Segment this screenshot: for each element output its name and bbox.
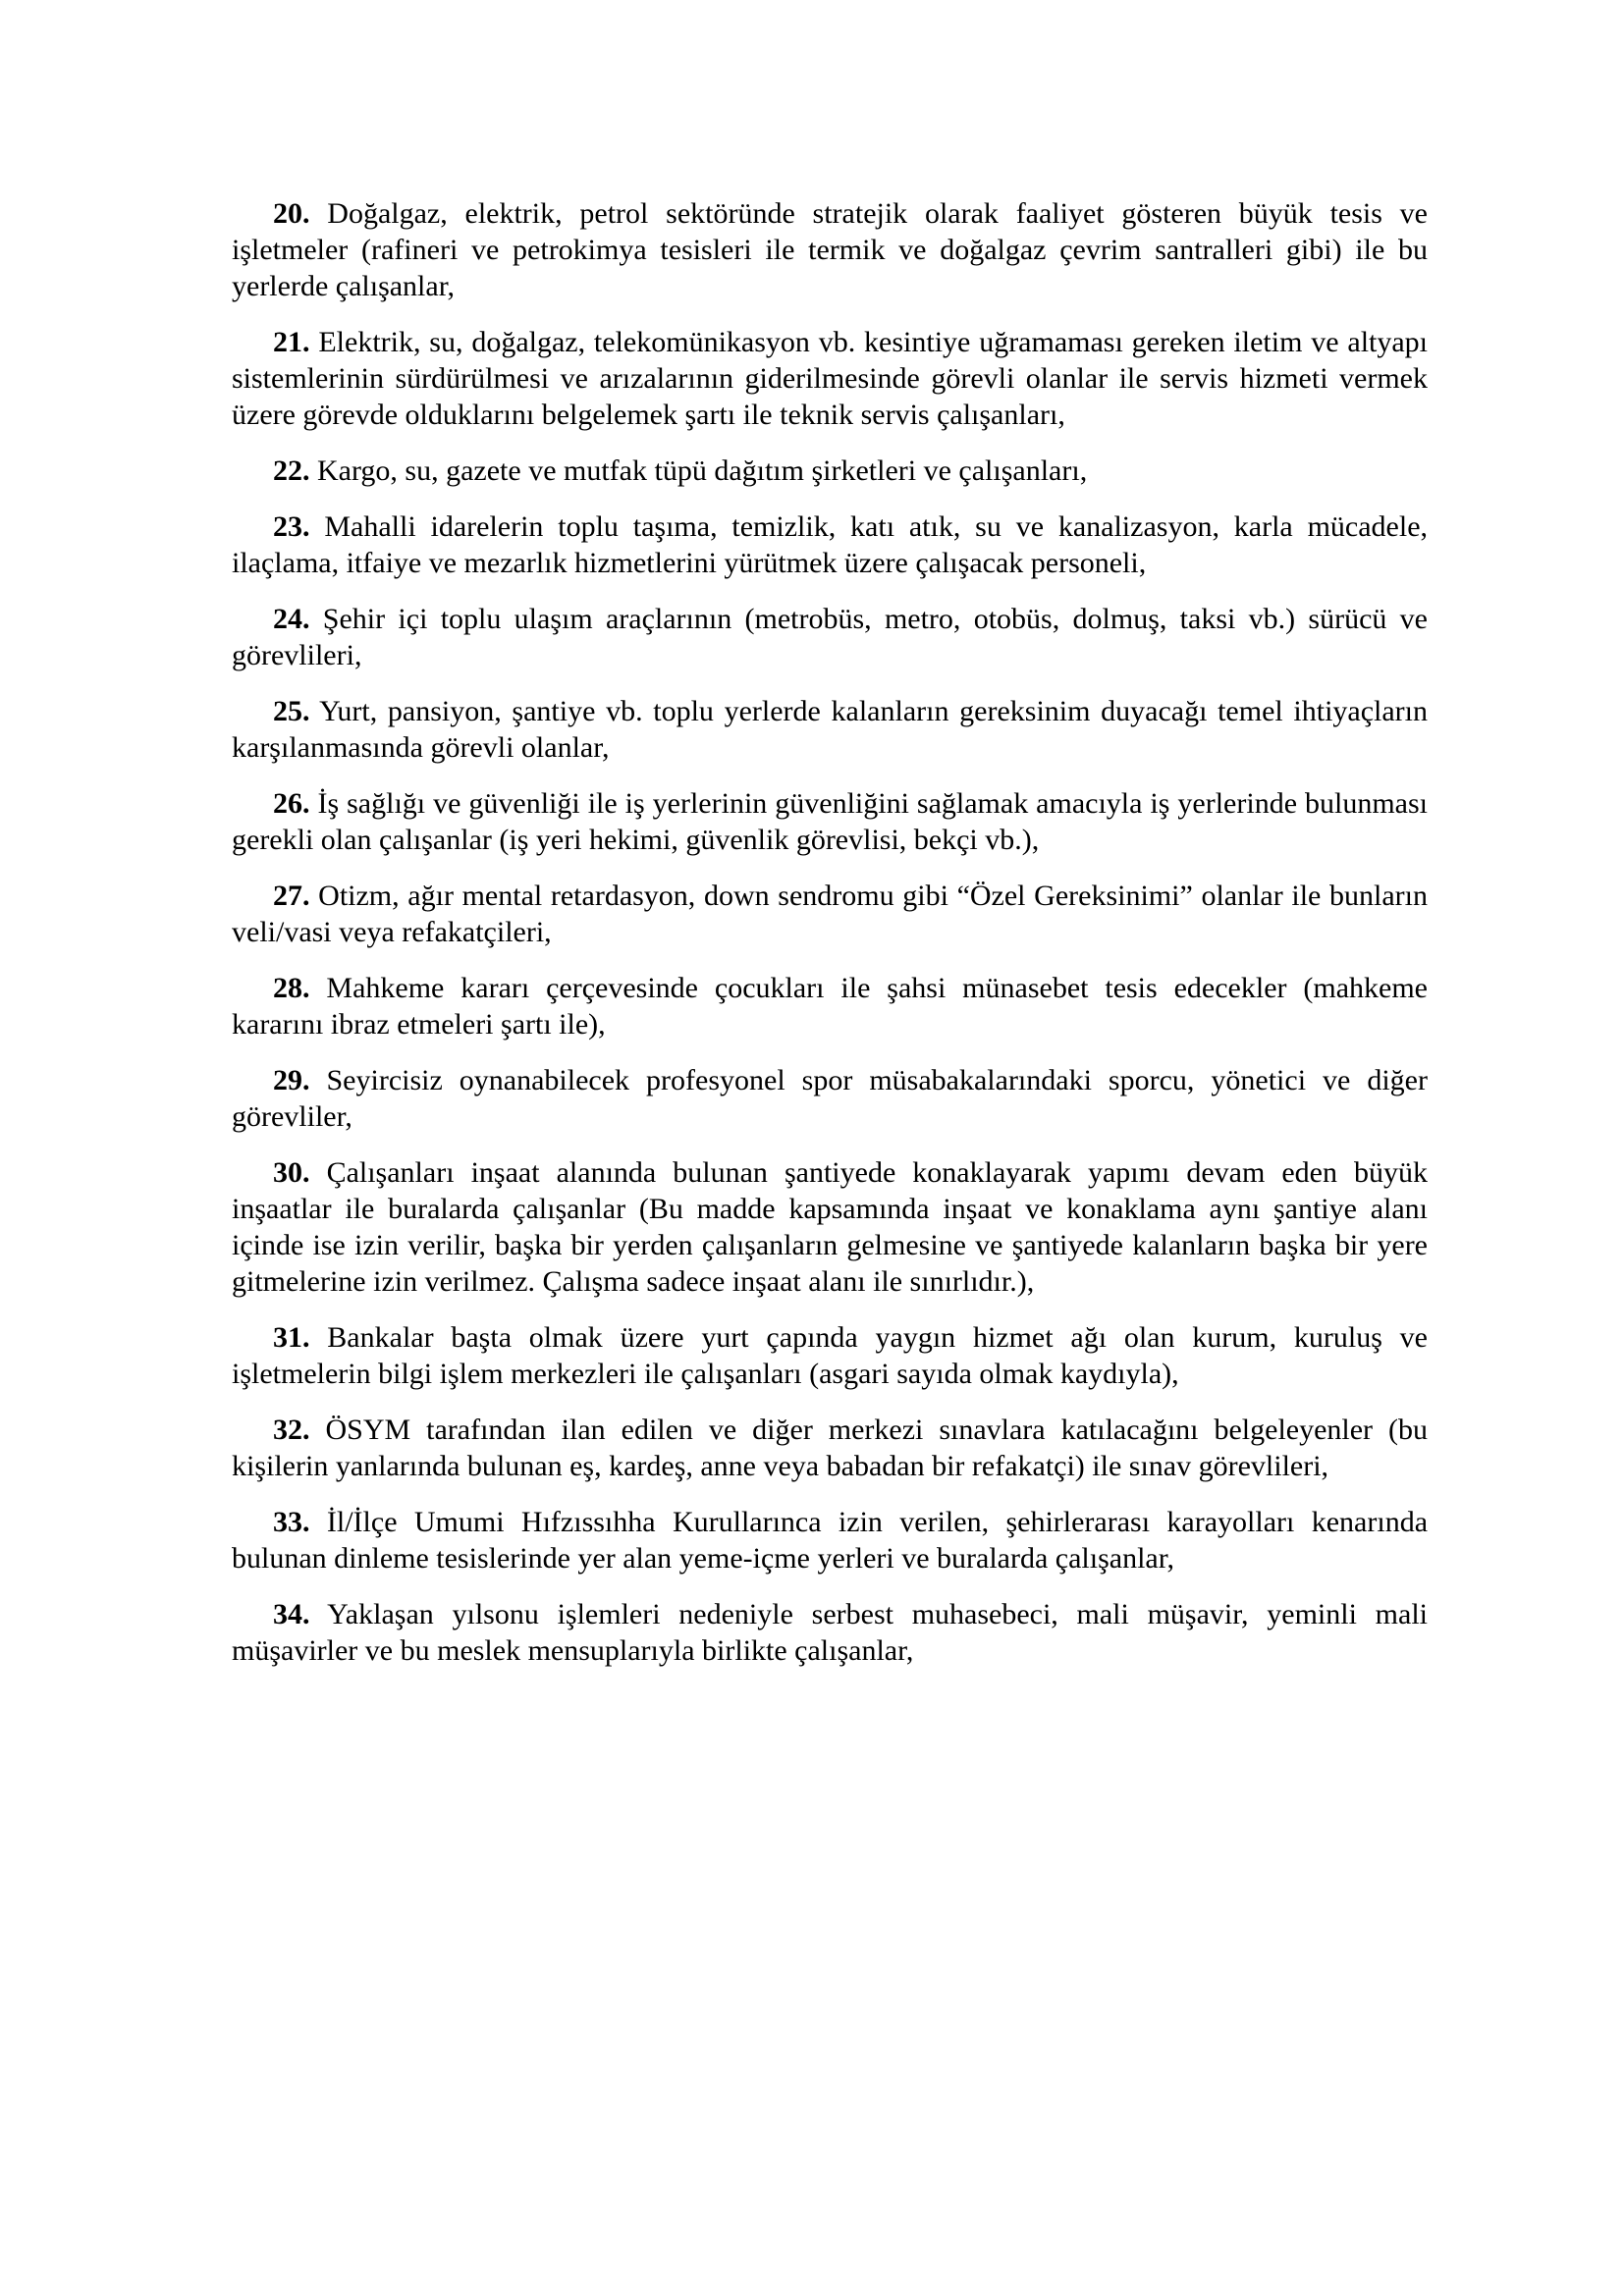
list-item-33: 33. İl/İlçe Umumi Hıfzıssıhha Kurulların… (232, 1504, 1428, 1576)
list-item-25: 25. Yurt, pansiyon, şantiye vb. toplu ye… (232, 693, 1428, 766)
item-text: ÖSYM tarafından ilan edilen ve diğer mer… (232, 1414, 1428, 1482)
item-number: 30. (273, 1156, 310, 1189)
list-item-27: 27. Otizm, ağır mental retardasyon, down… (232, 878, 1428, 950)
item-number: 27. (273, 880, 310, 912)
item-number: 31. (273, 1321, 310, 1354)
item-text: Mahkeme kararı çerçevesinde çocukları il… (232, 972, 1428, 1041)
list-item-30: 30. Çalışanları inşaat alanında bulunan … (232, 1154, 1428, 1300)
item-number: 21. (273, 326, 310, 358)
item-text: Mahalli idarelerin toplu taşıma, temizli… (232, 510, 1428, 579)
item-number: 28. (273, 972, 310, 1004)
item-text: Yaklaşan yılsonu işlemleri nedeniyle ser… (232, 1598, 1428, 1667)
item-number: 34. (273, 1598, 310, 1630)
item-text: Çalışanları inşaat alanında bulunan şant… (232, 1156, 1428, 1298)
item-number: 23. (273, 510, 310, 543)
item-number: 24. (273, 603, 310, 635)
item-text: İl/İlçe Umumi Hıfzıssıhha Kurullarınca i… (232, 1506, 1428, 1575)
item-text: Doğalgaz, elektrik, petrol sektöründe st… (232, 197, 1428, 302)
list-item-29: 29. Seyircisiz oynanabilecek profesyonel… (232, 1062, 1428, 1135)
item-number: 29. (273, 1064, 310, 1096)
item-text: Kargo, su, gazete ve mutfak tüpü dağıtım… (317, 454, 1087, 487)
list-item-26: 26. İş sağlığı ve güvenliği ile iş yerle… (232, 785, 1428, 858)
item-text: Elektrik, su, doğalgaz, telekomünikasyon… (232, 326, 1428, 431)
item-text: Yurt, pansiyon, şantiye vb. toplu yerler… (232, 695, 1428, 764)
list-item-24: 24. Şehir içi toplu ulaşım araçlarının (… (232, 601, 1428, 673)
list-item-34: 34. Yaklaşan yılsonu işlemleri nedeniyle… (232, 1596, 1428, 1669)
list-item-20: 20. Doğalgaz, elektrik, petrol sektöründ… (232, 195, 1428, 304)
item-text: İş sağlığı ve güvenliği ile iş yerlerini… (232, 787, 1428, 856)
item-text: Seyircisiz oynanabilecek profesyonel spo… (232, 1064, 1428, 1133)
item-number: 25. (273, 695, 310, 727)
item-number: 26. (273, 787, 310, 820)
item-text: Şehir içi toplu ulaşım araçlarının (metr… (232, 603, 1428, 671)
item-number: 22. (273, 454, 310, 487)
item-number: 32. (273, 1414, 310, 1446)
list-item-31: 31. Bankalar başta olmak üzere yurt çapı… (232, 1319, 1428, 1392)
list-item-28: 28. Mahkeme kararı çerçevesinde çocuklar… (232, 970, 1428, 1042)
list-item-22: 22. Kargo, su, gazete ve mutfak tüpü dağ… (232, 453, 1428, 489)
list-item-32: 32. ÖSYM tarafından ilan edilen ve diğer… (232, 1412, 1428, 1484)
item-number: 20. (273, 197, 310, 230)
item-text: Otizm, ağır mental retardasyon, down sen… (232, 880, 1428, 948)
item-text: Bankalar başta olmak üzere yurt çapında … (232, 1321, 1428, 1390)
document-page: 20. Doğalgaz, elektrik, petrol sektöründ… (0, 0, 1624, 2296)
item-number: 33. (273, 1506, 310, 1538)
list-item-23: 23. Mahalli idarelerin toplu taşıma, tem… (232, 508, 1428, 581)
list-item-21: 21. Elektrik, su, doğalgaz, telekomünika… (232, 324, 1428, 433)
